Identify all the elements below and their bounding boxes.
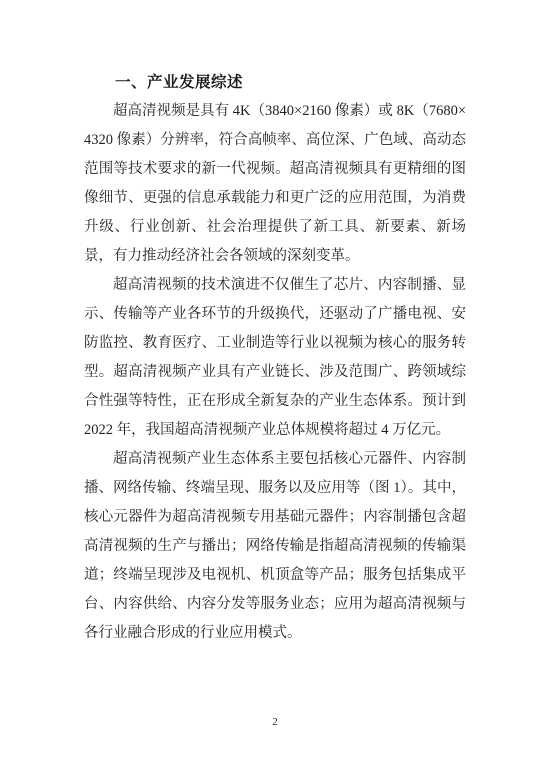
- section-heading: 一、产业发展综述: [84, 68, 466, 97]
- document-page: 一、产业发展综述 超高清视频是具有 4K（3840×2160 像素）或 8K（7…: [0, 0, 550, 777]
- paragraph-3: 超高清视频产业生态体系主要包括核心元器件、内容制播、网络传输、终端呈现、服务以及…: [84, 445, 466, 648]
- paragraph-1: 超高清视频是具有 4K（3840×2160 像素）或 8K（7680×4320 …: [84, 97, 466, 271]
- page-number: 2: [0, 716, 550, 728]
- document-content: 一、产业发展综述 超高清视频是具有 4K（3840×2160 像素）或 8K（7…: [84, 68, 466, 648]
- paragraph-2: 超高清视频的技术演进不仅催生了芯片、内容制播、显示、传输等产业各环节的升级换代，…: [84, 271, 466, 445]
